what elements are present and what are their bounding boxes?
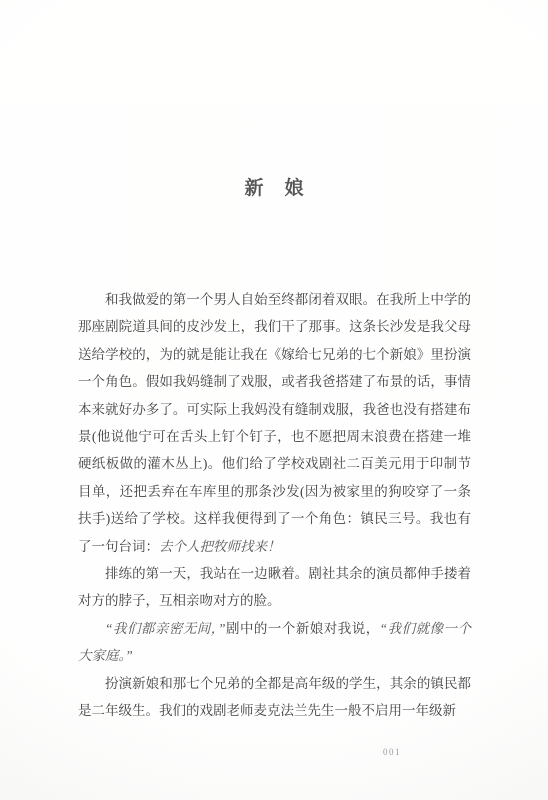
page-number: 001 <box>383 746 401 758</box>
chapter-title: 新 娘 <box>78 176 471 202</box>
dialogue-text: “我们都亲密无间，” <box>105 621 226 636</box>
narrative-text: 剧中的一个新娘对我说， <box>226 621 380 636</box>
paragraph: 和我做爱的第一个男人自始至终都闭着双眼。在我所上中学的那座剧院道具间的皮沙发上，… <box>78 286 471 560</box>
paragraph: “我们都亲密无间，”剧中的一个新娘对我说，“我们就像一个大家庭。” <box>78 615 471 670</box>
narrative-text: 和我做爱的第一个男人自始至终都闭着双眼。在我所上中学的那座剧院道具间的皮沙发上，… <box>78 292 471 554</box>
book-page: 新 娘 和我做爱的第一个男人自始至终都闭着双眼。在我所上中学的那座剧院道具间的皮… <box>0 0 548 800</box>
narrative-text: 扮演新娘和那七个兄弟的全都是高年级的学生，其余的镇民都是二年级生。我们的戏剧老师… <box>78 676 471 718</box>
dialogue-text: 去个人把牧师找来！ <box>159 539 281 554</box>
paragraph: 扮演新娘和那七个兄弟的全都是高年级的学生，其余的镇民都是二年级生。我们的戏剧老师… <box>78 670 471 725</box>
narrative-text: 排练的第一天，我站在一边瞅着。剧社其余的演员都伸手搂着对方的脖子，互相亲吻对方的… <box>78 566 471 608</box>
paragraph: 排练的第一天，我站在一边瞅着。剧社其余的演员都伸手搂着对方的脖子，互相亲吻对方的… <box>78 560 471 615</box>
chapter-body: 和我做爱的第一个男人自始至终都闭着双眼。在我所上中学的那座剧院道具间的皮沙发上，… <box>78 286 471 725</box>
